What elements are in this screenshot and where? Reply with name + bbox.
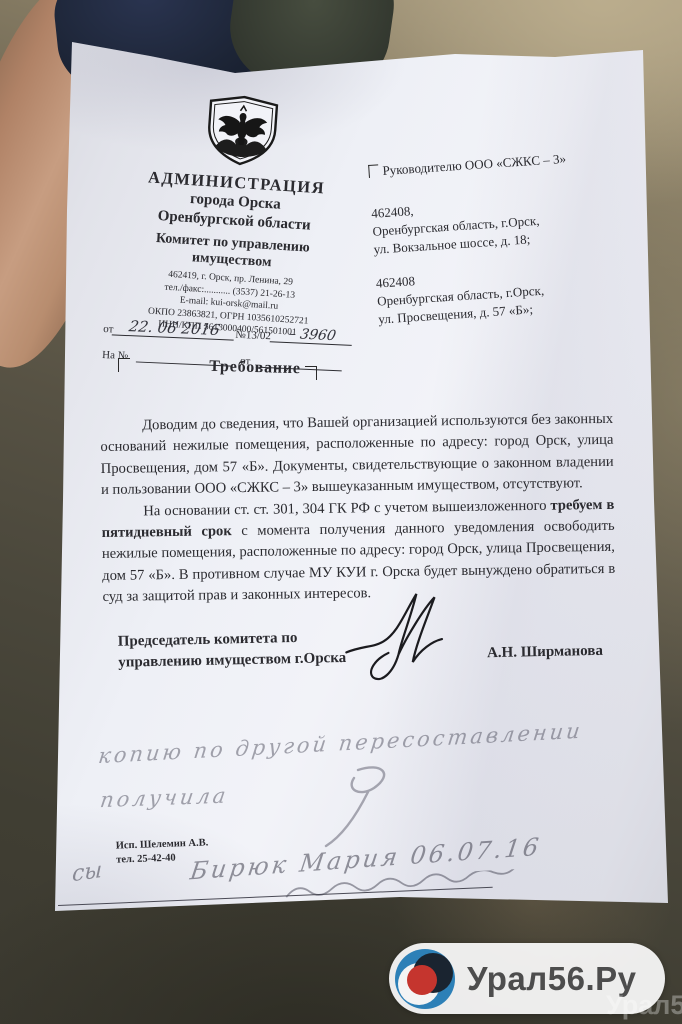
handwritten-number: – 3960 xyxy=(269,325,354,345)
signature-scribble xyxy=(338,585,492,695)
paragraph-1: Доводим до сведения, что Вашей организац… xyxy=(100,409,614,502)
signer-name: А.Н. Ширманова xyxy=(487,643,603,662)
handwritten-corner-mark: сы xyxy=(72,858,103,888)
corner-mark-right xyxy=(305,366,317,380)
handwritten-date: 22. 06 2016 xyxy=(112,316,237,340)
photo-scene: АДМИНИСТРАЦИЯ города Орска Оренбургской … xyxy=(0,0,682,1024)
recipient-address-1: 462408, Оренбургская область, г.Орск, ул… xyxy=(371,189,609,258)
orsk-coat-of-arms-icon xyxy=(200,91,283,172)
document-paper: АДМИНИСТРАЦИЯ города Орска Оренбургской … xyxy=(0,0,682,1024)
ural56-logo-icon xyxy=(394,948,456,1010)
outgoing-number-prefix: №13/02 xyxy=(235,329,271,343)
corner-mark-left xyxy=(118,358,130,372)
recipient-title: Руководителю ООО «СЖКС – 3» xyxy=(382,150,567,180)
letter-body: Доводим до сведения, что Вашей организац… xyxy=(100,409,616,609)
watermark-ghost-text: Урал56 xyxy=(606,990,682,1021)
recipient-address-2: 462408 Оренбургская область, г.Орск, ул.… xyxy=(375,259,613,328)
recipient-block: Руководителю ООО «СЖКС – 3» 462408, Орен… xyxy=(368,147,613,328)
handwritten-note-line1: копию по другой пересоставлении xyxy=(97,719,584,769)
handwritten-note-line2: получила xyxy=(99,784,231,813)
address-corner-mark xyxy=(368,164,379,178)
